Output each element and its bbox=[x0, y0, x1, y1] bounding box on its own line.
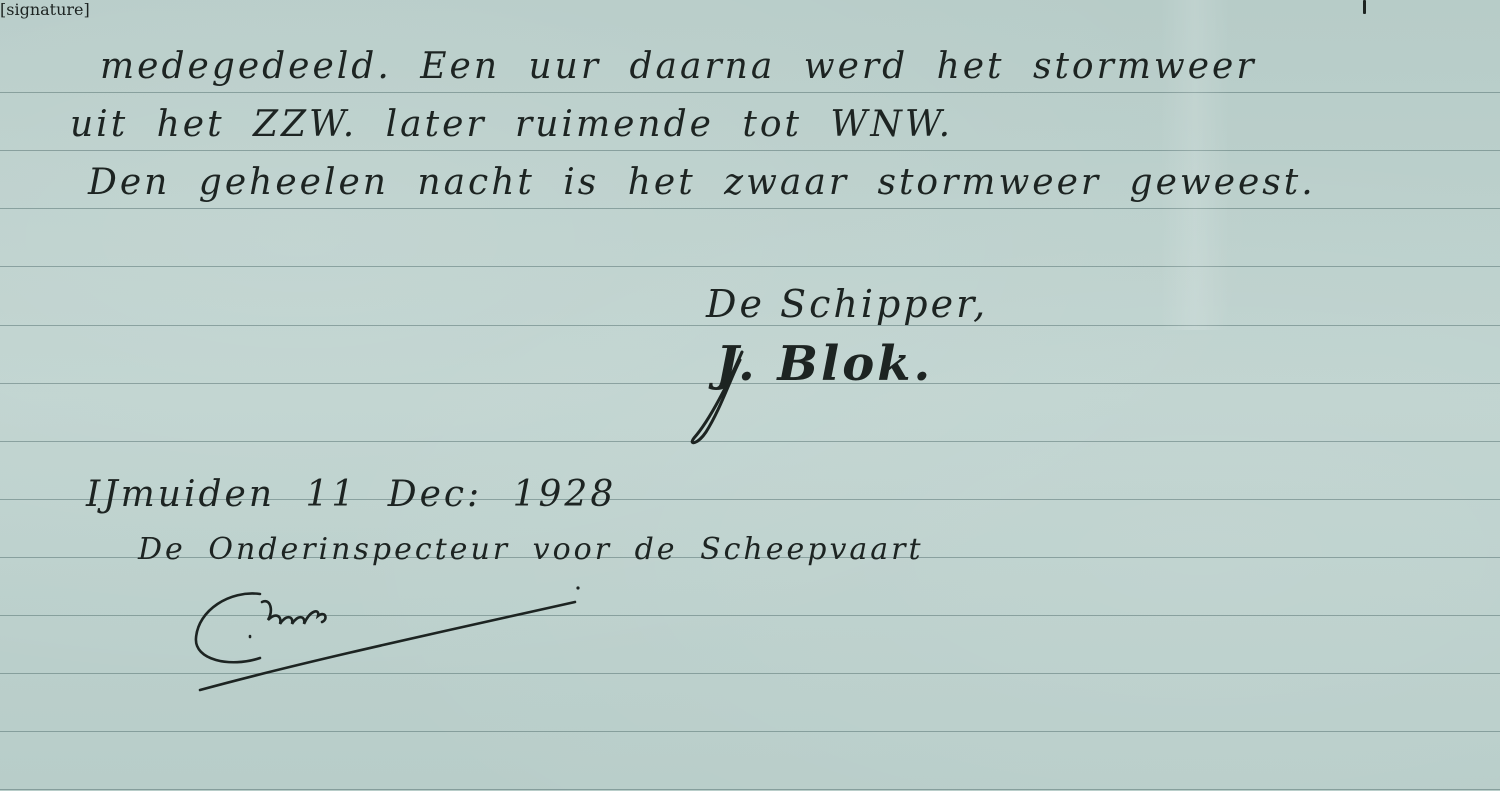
ruled-line bbox=[0, 789, 1500, 790]
body-line-2: uit het ZZW. later ruimende tot WNW. bbox=[70, 104, 953, 145]
inspector-title: De Onderinspecteur voor de Scheepvaart bbox=[138, 532, 924, 567]
ruled-line bbox=[0, 731, 1500, 732]
ink-mark bbox=[1363, 0, 1366, 14]
ruled-line bbox=[0, 208, 1500, 209]
skipper-signature-flourish bbox=[680, 340, 800, 450]
skipper-title: De Schipper, bbox=[706, 282, 988, 326]
ruled-line bbox=[0, 92, 1500, 93]
body-line-1: medegedeeld. Een uur daarna werd het sto… bbox=[100, 46, 1257, 87]
inspector-signature bbox=[190, 580, 590, 700]
body-line-3: Den geheelen nacht is het zwaar stormwee… bbox=[88, 162, 1316, 203]
ruled-line bbox=[0, 266, 1500, 267]
ruled-line bbox=[0, 150, 1500, 151]
inspector-signature-text: [signature] bbox=[0, 0, 90, 19]
place-date: IJmuiden 11 Dec: 1928 bbox=[86, 474, 616, 515]
